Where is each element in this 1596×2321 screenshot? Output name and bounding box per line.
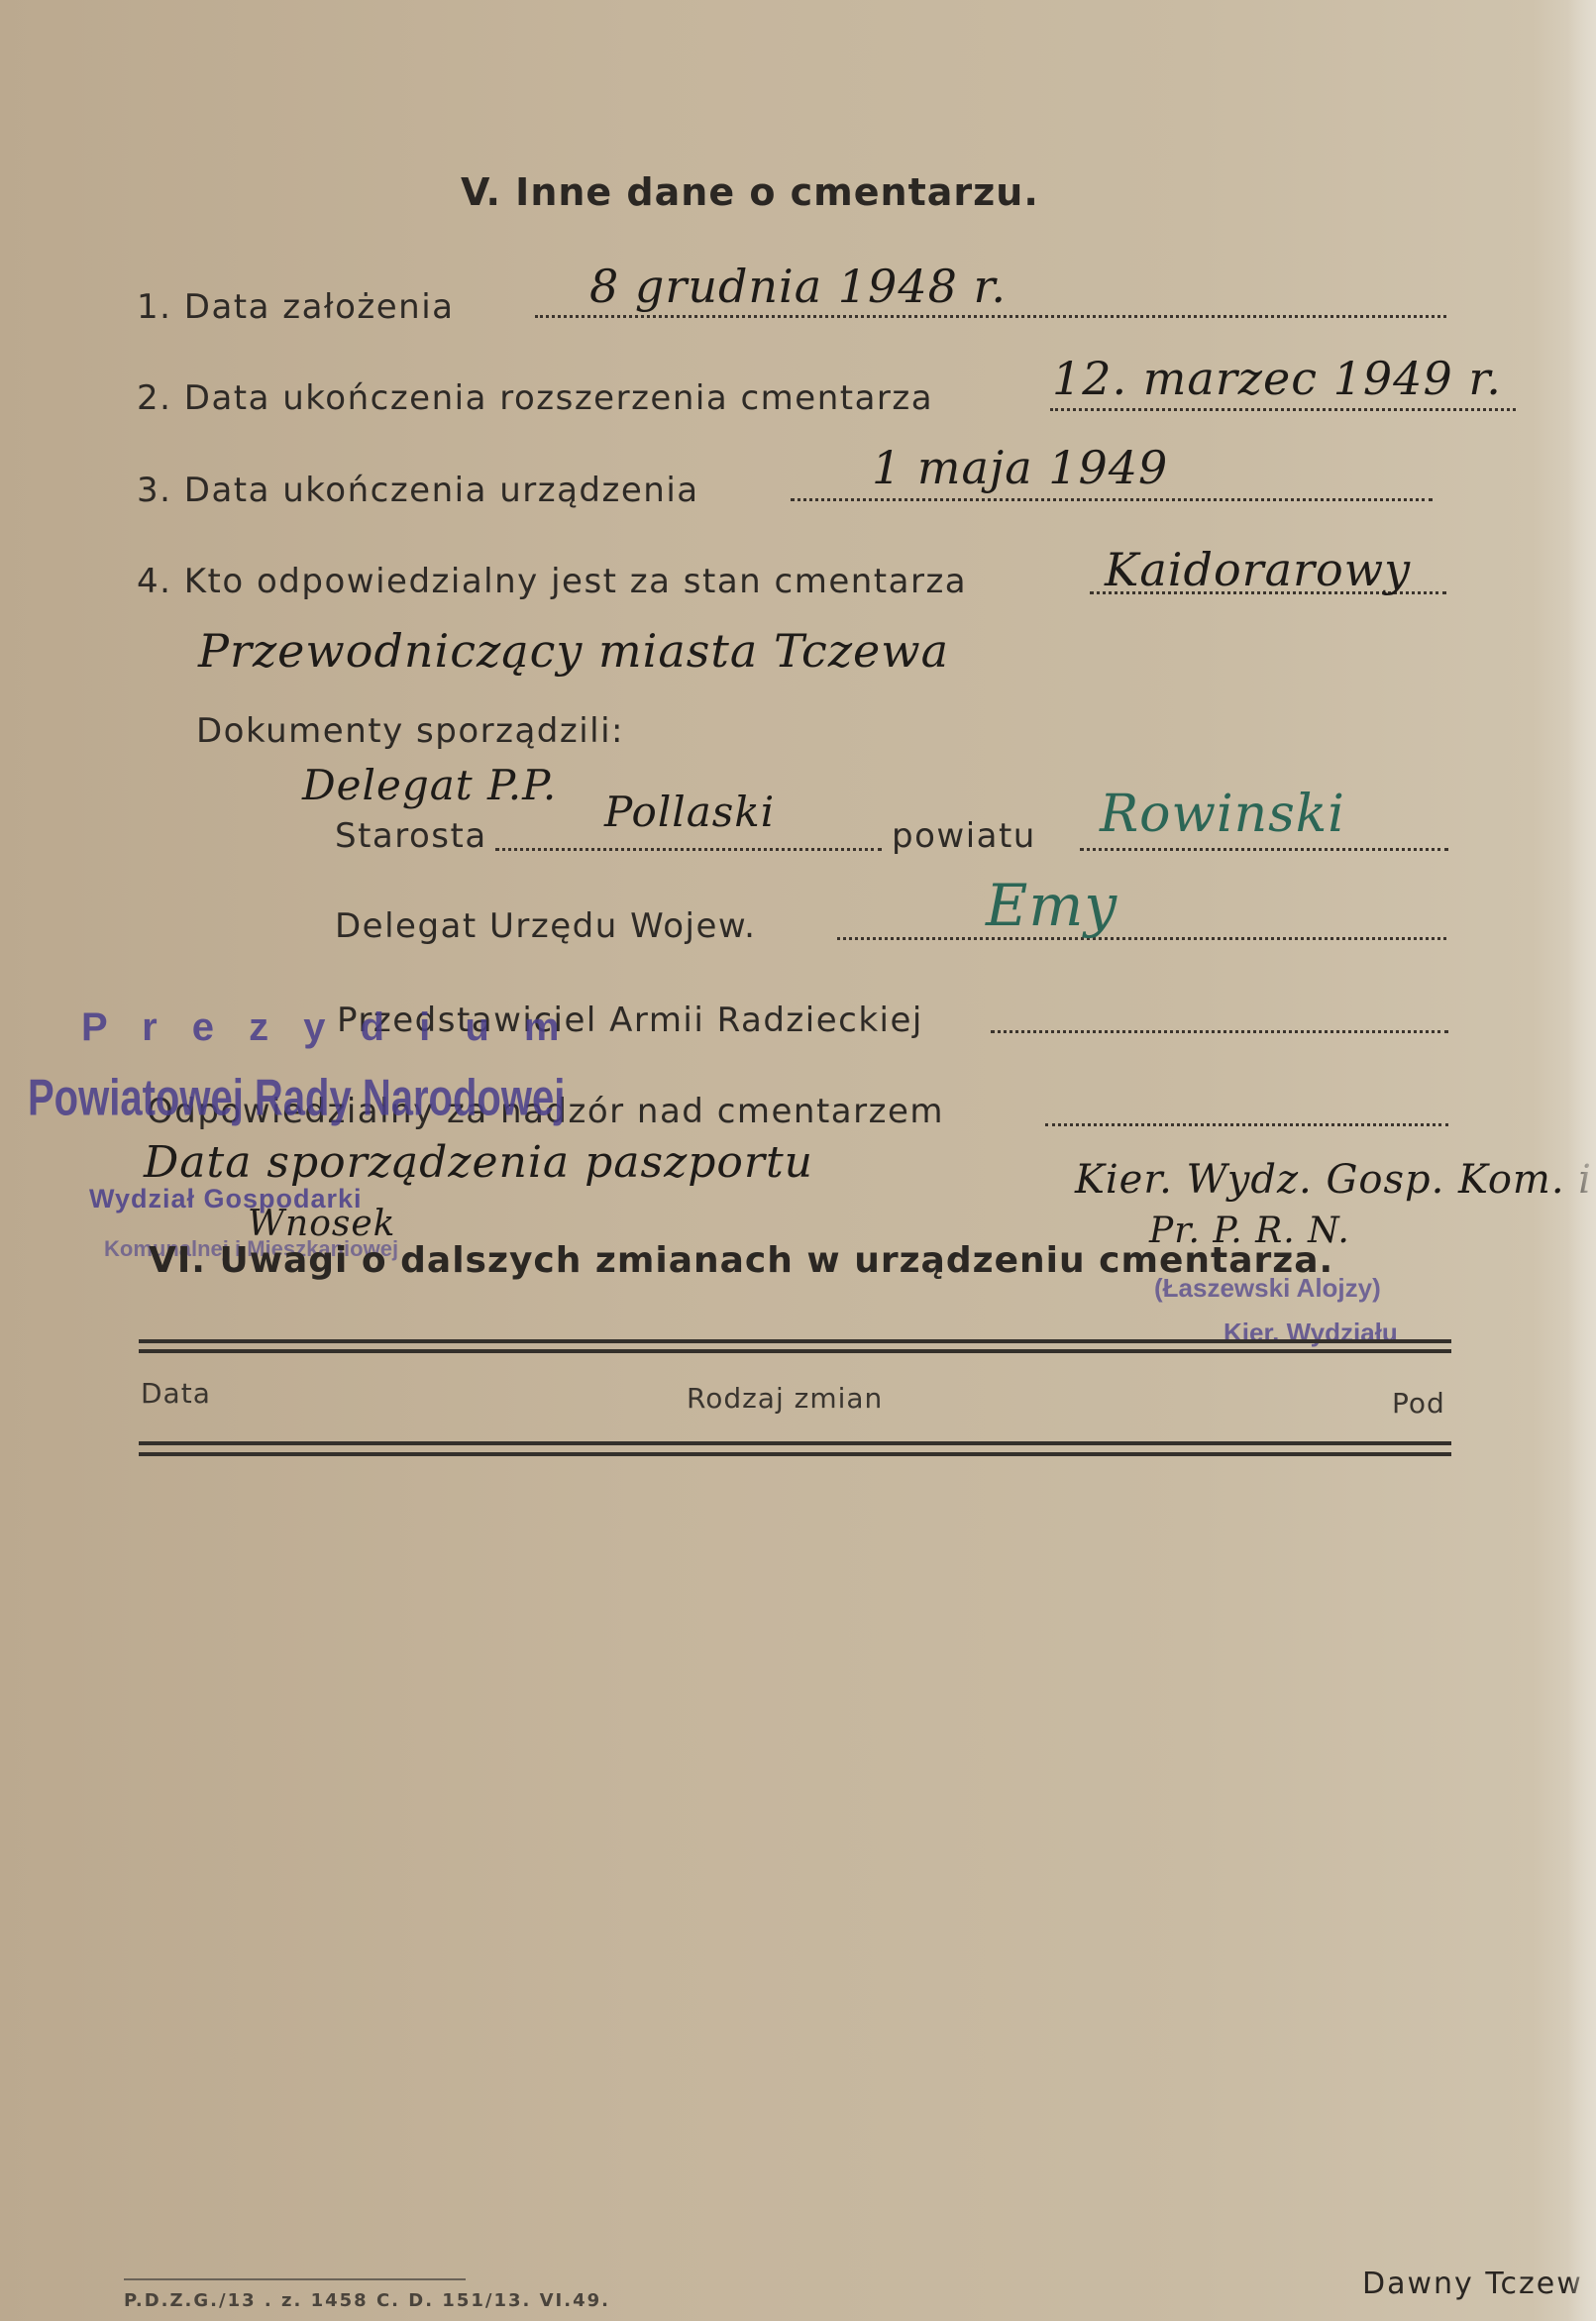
starosta-annotation: Delegat P.P. (302, 761, 557, 809)
paper-edge (1568, 0, 1596, 2321)
field-2-text: Data ukończenia rozszerzenia cmentarza (184, 378, 933, 418)
stamp-presidium: P r e z y d i u m (81, 1005, 571, 1050)
field-3-dotted-line (791, 498, 1433, 501)
powiatu-dotted-line (1080, 848, 1448, 851)
table-bottom-rule-2 (139, 1452, 1451, 1456)
field-1-dotted-line (535, 315, 1446, 318)
right-signature-line1: Kier. Wydz. Gosp. Kom. i M. (1075, 1157, 1596, 1203)
right-stamp-name: (Łaszewski Alojzy) (1154, 1273, 1381, 1304)
powiatu-value: Rowinski (1100, 785, 1345, 844)
field-4-handwritten-value: Kaidorarowy (1105, 543, 1411, 596)
field-2-label: 2. Data ukończenia rozszerzenia cmentarz… (137, 378, 933, 418)
right-stamp-title: Kier. Wydziału (1224, 1318, 1398, 1348)
footer-rule (124, 2278, 466, 2280)
starosta-dotted-line (495, 848, 882, 851)
column-header-change-type: Rodzaj zmian (687, 1382, 883, 1415)
field-4-label: 4. Kto odpowiedzialny jest za stan cment… (137, 562, 967, 601)
field-3-text: Data ukończenia urządzenia (184, 471, 699, 510)
signatories-heading: Dokumenty sporządzili: (196, 711, 624, 751)
field-1-label: 1. Data założenia (137, 287, 455, 327)
starosta-signature: Pollaski (604, 788, 775, 836)
passport-note: Data sporządzenia paszportu (144, 1137, 813, 1188)
field-2-dotted-line (1050, 408, 1516, 411)
footer-print-code: P.D.Z.G./13 . z. 1458 C. D. 151/13. VI.4… (124, 2290, 610, 2311)
field-2-handwritten-value: 12. marzec 1949 r. (1052, 352, 1502, 405)
field-3-handwritten-value: 1 maja 1949 (872, 441, 1168, 494)
field-1-number: 1. (137, 287, 171, 327)
field-4-text: Kto odpowiedzialny jest za stan cmentarz… (184, 562, 967, 601)
field-3-number: 3. (137, 471, 171, 510)
right-signature-line2: Pr. P. R. N. (1149, 1211, 1350, 1251)
field-1-text: Data założenia (184, 287, 455, 327)
delegat-signature: Emy (986, 872, 1117, 939)
starosta-label: Starosta (335, 816, 487, 856)
stamp-council: Powiatowej Rady Narodowej (28, 1070, 565, 1128)
nadzor-dotted-line (1045, 1123, 1448, 1126)
document-page: V. Inne dane o cmentarzu. 1. Data założe… (0, 0, 1596, 2321)
field-2-number: 2. (137, 378, 171, 418)
powiatu-label: powiatu (892, 816, 1036, 856)
column-header-signature: Pod (1392, 1387, 1445, 1420)
field-4-handwritten-continuation: Przewodniczący miasta Tczewa (198, 624, 949, 678)
field-4-number: 4. (137, 562, 171, 601)
section-title: V. Inne dane o cmentarzu. (461, 170, 1039, 214)
column-header-date: Data (141, 1377, 211, 1410)
table-bottom-rule-1 (139, 1441, 1451, 1445)
delegat-dotted-line (837, 937, 1446, 940)
stamp-department: Wydział Gospodarki (89, 1184, 363, 1214)
field-1-handwritten-value: 8 grudnia 1948 r. (589, 260, 1007, 313)
table-top-rule-1 (139, 1339, 1451, 1343)
field-3-label: 3. Data ukończenia urządzenia (137, 471, 699, 510)
table-top-rule-2 (139, 1349, 1451, 1353)
armia-dotted-line (991, 1030, 1448, 1033)
delegat-label: Delegat Urzędu Wojew. (335, 906, 756, 946)
watermark: Dawny Tczew (1362, 2267, 1583, 2301)
